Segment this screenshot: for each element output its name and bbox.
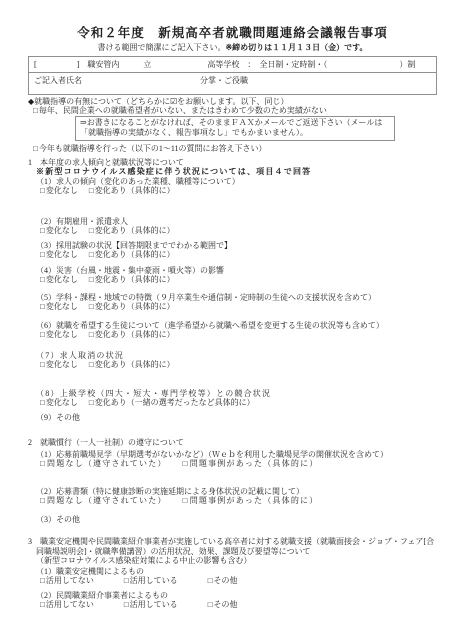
form-item: （8）上級学校（四大・短大・専門学校等）との競合状況 □変化なし □変化あり（一… [28, 389, 437, 408]
item-label: （3）その他 [36, 515, 437, 525]
option-problem-occurred: □問題事例があった（具体的に） [183, 459, 319, 468]
section-2: 2 就職慣行（一人一社制）の遵守について （1）応募前職場見学（早期選考がないか… [28, 438, 437, 524]
option-not-utilized: □活用してない [40, 576, 94, 585]
item-label: （8）上級学校（四大・短大・専門学校等）との競合状況 [36, 389, 437, 399]
checkbox-icon: □ [89, 226, 94, 235]
option-label: 活用してない [46, 600, 94, 609]
option-changed: □変化あり（具体的に） [89, 226, 175, 235]
item-options: □変化なし □変化あり（具体的に） [40, 330, 437, 340]
checkbox-icon: □ [33, 106, 38, 115]
checkbox-icon: □ [208, 576, 213, 585]
form-item: （2）応募書類（特に健康診断の実施延期による身体状況の記載に関して） □問題なし… [28, 487, 437, 506]
option-label: 活用してない [46, 576, 94, 585]
form-item: （5）学科・課程・地域での特徴（９月卒業生や通信制・定時制の生徒への支援状況を含… [28, 293, 437, 312]
option-changed: □変化あり（具体的に） [89, 250, 175, 259]
page-title: 令和２年度 新規高卒者就職問題連絡会議報告事項 [28, 26, 437, 41]
option-label: 変化なし [46, 250, 78, 259]
option-no-problem: □問題なし（遵守されていた） [40, 459, 167, 468]
option-changed: □変化あり（具体的に） [89, 360, 175, 369]
item-label: （2）民間職業紹介事業者によるもの [36, 591, 437, 601]
option-no-change: □変化なし [40, 250, 78, 259]
option-label: その他 [214, 576, 238, 585]
checkbox-icon: □ [124, 600, 129, 609]
item-label: （5）学科・課程・地域での特徴（９月卒業生や通信制・定時制の生徒への支援状況を含… [36, 293, 437, 303]
fax-return-note: ⇒お書きになることがなければ、そのままＦＡＸかメールでご返送下さい（メールは「就… [75, 116, 395, 141]
option-not-utilized: □活用してない [40, 600, 94, 609]
checkbox-icon: □ [89, 330, 94, 339]
option-changed: □変化あり（一緒の選考だったなど具体的に） [89, 398, 255, 407]
item-options: □変化なし □変化あり（具体的に） [40, 226, 437, 236]
section-1-heading: 1 本年度の求人傾向と就職状況等について [28, 158, 437, 168]
checkbox-icon: □ [40, 576, 45, 585]
option-label: 変化なし [46, 226, 78, 235]
school-info-table: [ ] 職安管内 立 高等学校 ： 全日制・定時制・（ ）制 ご記入者氏名 分掌… [28, 56, 437, 95]
option-no-change: □変化なし [40, 302, 78, 311]
item-options: □問題なし（遵守されていた） □問題事例があった（具体的に） [40, 496, 437, 506]
checkbox-icon: □ [183, 496, 189, 505]
option-label: 変化なし [46, 275, 78, 284]
checkbox-icon: □ [89, 398, 94, 407]
covid-answer-note: ※新型コロナウイルス感染症に伴う状況については、項目４で回答 [36, 167, 437, 177]
checkbox-icon: □ [40, 398, 45, 407]
item-label: （3）採用試験の状況【回答期限まででわかる範囲で】 [36, 241, 437, 251]
form-item: （1）求人の傾向（変化のあった業種、職種等について） □変化なし □変化あり（具… [28, 177, 437, 196]
item-label: （4）災害（台風・地震・集中豪雨・噴火等）の影響 [36, 266, 437, 276]
option-label: 問題事例があった（具体的に） [190, 459, 319, 468]
option-no-change: □変化なし [40, 275, 78, 284]
form-item: （1）応募前職場見学（早期選考がないかなど）（Ｗｅｂを利用した職場見学の開催状況… [28, 450, 437, 469]
checkbox-icon: □ [40, 250, 45, 259]
checkbox-icon: □ [89, 302, 94, 311]
checkbox-icon: □ [40, 496, 46, 505]
checkbox-icon: □ [208, 600, 213, 609]
option-no-change: □変化なし [40, 360, 78, 369]
checkbox-icon: □ [33, 144, 38, 153]
option-changed: □変化あり（具体的に） [89, 275, 175, 284]
checkbox-icon: □ [40, 186, 45, 195]
option-label: 今年も就職指導を行った（以下の1～11の質問にお答え下さい） [39, 144, 267, 153]
option-utilized: □活用している [124, 600, 178, 609]
option-no-placement-record: □毎年、民間企業への就職希望者がいない、またはきわめて少数のため実績がない [33, 106, 437, 116]
option-label: 変化あり（具体的に） [95, 186, 175, 195]
section-2-heading: 2 就職慣行（一人一社制）の遵守について [28, 438, 437, 448]
item-options: □変化なし □変化あり（具体的に） [40, 275, 437, 285]
checkbox-icon: □ [40, 360, 45, 369]
option-label: 変化あり（具体的に） [95, 275, 175, 284]
checkbox-icon: □ [40, 330, 45, 339]
checkbox-icon: □ [40, 275, 45, 284]
form-item: （2）民間職業紹介事業者によるもの □活用してない □活用している □その他 [28, 591, 437, 610]
option-label: 変化なし [46, 302, 78, 311]
report-form-page: 令和２年度 新規高卒者就職問題連絡会議報告事項 書ける範囲で簡潔にご記入下さい。… [0, 0, 452, 640]
option-label: 問題なし（遵守されていた） [47, 459, 167, 468]
section-3-heading: 3 職業安定機関や民間職業紹介事業者が実施している高卒者に対する就職支援（就職面… [28, 537, 437, 556]
form-item: （3）その他 [28, 515, 437, 525]
option-label: 活用している [130, 576, 178, 585]
option-no-change: □変化なし [40, 330, 78, 339]
form-item: （6）就職を希望する生徒について（進学希望から就職へ希望を変更する生徒の状況等も… [28, 321, 437, 340]
form-item: （9）その他 [28, 413, 437, 423]
option-placement-conducted: □今年も就職指導を行った（以下の1～11の質問にお答え下さい） [33, 144, 437, 154]
recorder-row: ご記入者氏名 分掌・ご役職 [29, 73, 436, 94]
item-label: （2）有期雇用・派遣求人 [36, 217, 437, 227]
checkbox-icon: □ [40, 459, 46, 468]
option-label: 変化あり（具体的に） [95, 302, 175, 311]
option-other: □その他 [208, 600, 238, 609]
option-label: 活用している [130, 600, 178, 609]
option-no-change: □変化なし [40, 186, 78, 195]
option-label: 毎年、民間企業への就職希望者がいない、またはきわめて少数のため実績がない [39, 106, 327, 115]
checkbox-icon: □ [89, 360, 94, 369]
item-label: （6）就職を希望する生徒について（進学希望から就職へ希望を変更する生徒の状況等も… [36, 321, 437, 331]
option-label: その他 [214, 600, 238, 609]
option-label: 変化あり（具体的に） [95, 330, 175, 339]
checkbox-icon: □ [89, 250, 94, 259]
section-1: 1 本年度の求人傾向と就職状況等について ※新型コロナウイルス感染症に伴う状況に… [28, 158, 437, 423]
item-options: □変化なし □変化あり（具体的に） [40, 302, 437, 312]
option-changed: □変化あり（具体的に） [89, 302, 175, 311]
covid-cancellation-note: （新型コロナウイルス感染症対策による中止の影響も含む） [36, 556, 437, 566]
item-options: □問題なし（遵守されていた） □問題事例があった（具体的に） [40, 459, 437, 469]
option-label: 問題事例があった（具体的に） [190, 496, 319, 505]
item-options: □変化なし □変化あり（具体的に） [40, 186, 437, 196]
option-problem-occurred: □問題事例があった（具体的に） [183, 496, 319, 505]
option-label: 変化あり（具体的に） [95, 226, 175, 235]
option-no-problem: □問題なし（遵守されていた） [40, 496, 167, 505]
form-item: （4）災害（台風・地震・集中豪雨・噴火等）の影響 □変化なし □変化あり（具体的… [28, 266, 437, 285]
section-3: 3 職業安定機関や民間職業紹介事業者が実施している高卒者に対する就職支援（就職面… [28, 537, 437, 610]
item-label: （7）求人取消の状況 [36, 351, 437, 361]
checkbox-icon: □ [40, 600, 45, 609]
option-label: 変化なし [46, 360, 78, 369]
item-options: □変化なし □変化あり（具体的に） [40, 250, 437, 260]
option-label: 変化なし [46, 398, 78, 407]
option-label: 変化なし [46, 186, 78, 195]
guidance-heading: ◆就職指導の有無について（どちらかに☑をお願いします。以下、同じ） [28, 97, 437, 107]
item-label: （1）求人の傾向（変化のあった業種、職種等について） [36, 177, 437, 187]
checkbox-icon: □ [124, 576, 129, 585]
deadline-text: ※締め切りは１１月１３日（金）です。 [225, 43, 367, 52]
option-label: 問題なし（遵守されていた） [47, 496, 167, 505]
checkbox-icon: □ [40, 302, 45, 311]
item-options: □変化なし □変化あり（具体的に） [40, 360, 437, 370]
fill-instruction: 書ける範囲で簡潔にご記入下さい。※締め切りは１１月１３日（金）です。 [28, 43, 437, 53]
checkbox-icon: □ [40, 226, 45, 235]
option-changed: □変化あり（具体的に） [89, 186, 175, 195]
form-item: （1）職業安定機関によるもの □活用してない □活用している □その他 [28, 567, 437, 586]
item-label: （9）その他 [36, 413, 437, 423]
item-label: （1）応募前職場見学（早期選考がないかなど）（Ｗｅｂを利用した職場見学の開催状況… [36, 450, 437, 460]
form-item: （2）有期雇用・派遣求人 □変化なし □変化あり（具体的に） [28, 217, 437, 236]
option-no-change: □変化なし [40, 398, 78, 407]
item-options: □活用してない □活用している □その他 [40, 576, 437, 586]
option-utilized: □活用している [124, 576, 178, 585]
option-no-change: □変化なし [40, 226, 78, 235]
checkbox-icon: □ [89, 186, 94, 195]
form-item: （3）採用試験の状況【回答期限まででわかる範囲で】 □変化なし □変化あり（具体… [28, 241, 437, 260]
item-label: （2）応募書類（特に健康診断の実施延期による身体状況の記載に関して） [36, 487, 437, 497]
item-options: □変化なし □変化あり（一緒の選考だったなど具体的に） [40, 398, 437, 408]
option-other: □その他 [208, 576, 238, 585]
option-changed: □変化あり（具体的に） [89, 330, 175, 339]
checkbox-icon: □ [89, 275, 94, 284]
item-label: （1）職業安定機関によるもの [36, 567, 437, 577]
recorder-name-label: ご記入者氏名 [34, 76, 82, 85]
school-info-row: [ ] 職安管内 立 高等学校 ： 全日制・定時制・（ ）制 [29, 57, 436, 74]
item-options: □活用してない □活用している □その他 [40, 600, 437, 610]
option-label: 変化あり（一緒の選考だったなど具体的に） [95, 398, 255, 407]
fill-instruction-text: 書ける範囲で簡潔にご記入下さい。 [97, 43, 225, 52]
form-item: （7）求人取消の状況 □変化なし □変化あり（具体的に） [28, 351, 437, 370]
option-label: 変化あり（具体的に） [95, 250, 175, 259]
recorder-role-label: 分掌・ご役職 [200, 76, 248, 85]
option-label: 変化なし [46, 330, 78, 339]
checkbox-icon: □ [183, 459, 189, 468]
option-label: 変化あり（具体的に） [95, 360, 175, 369]
